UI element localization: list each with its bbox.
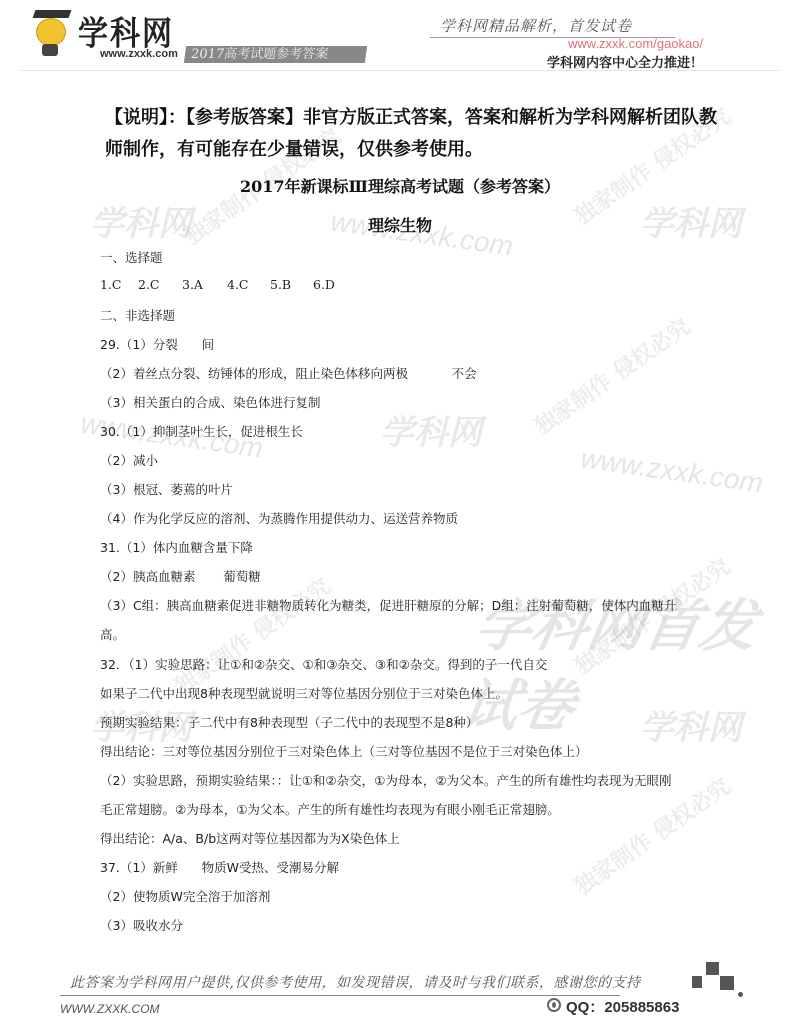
answer-line: （3）吸收水分 (100, 916, 183, 934)
answer-line: （2）实验思路，预期实验结果：：让①和②杂交，①为母本，②为父本。产生的所有雄性… (100, 771, 672, 789)
watermark-diagonal: 独家制作 侵权必究 (528, 310, 696, 441)
subject-title: 理综生物 (0, 213, 800, 236)
watermark-diagonal: 独家制作 侵权必究 (568, 550, 736, 681)
answer-line: 得出结论：A/a、B/b这两对等位基因都为为X染色体上 (100, 829, 400, 847)
footer-qq-number: QQ：205885863 (566, 996, 679, 1017)
answer-5: 5.B (270, 277, 291, 292)
site-logo[interactable]: 学科网 (78, 6, 174, 54)
answer-line: （3）根冠、萎蔫的叶片 (100, 480, 233, 498)
answer-line: 预期实验结果：子二代中有8种表现型（子二代中的表现型不是8种） (100, 713, 478, 731)
qq-icon (547, 998, 561, 1012)
header-divider (20, 70, 780, 71)
answer-3: 3.A (182, 277, 203, 292)
decorative-dot-icon (738, 992, 743, 997)
watermark-logo: 学科网 (640, 700, 742, 749)
answer-line: 37.（1）新鲜 物质W受热、受潮易分解 (100, 858, 339, 876)
watermark-diagonal: 独家制作 侵权必究 (568, 770, 736, 901)
answer-6: 6.D (313, 277, 335, 292)
watermark-logo: 学科网 (380, 405, 482, 454)
watermark-url: www.zxxk.com (579, 442, 765, 499)
answer-1: 1.C (100, 277, 122, 292)
decorative-square-icon (706, 962, 719, 975)
answer-line: （3）相关蛋白的合成、染色体进行复制 (100, 393, 320, 411)
answer-4: 4.C (227, 277, 249, 292)
decorative-square-icon (720, 976, 734, 990)
mascot-logo-icon (34, 6, 70, 54)
header-site-link[interactable]: www.zxxk.com/gaokao/ (568, 36, 703, 51)
decorative-square-icon (692, 976, 702, 988)
answer-line: 高。 (100, 625, 125, 643)
answer-line: 30.（1）抑制茎叶生长，促进根生长 (100, 422, 303, 440)
answer-line: （2）减小 (100, 451, 158, 469)
header-slogan: 学科网精品解析，首发试卷 (440, 15, 632, 36)
answer-line: （2）使物质W完全溶于加溶剂 (100, 887, 270, 905)
disclaimer-notice: 【说明】：【参考版答案】非官方版正式答案，答案和解析为学科网解析团队教师制作，有… (105, 102, 725, 166)
answer-2: 2.C (138, 277, 160, 292)
section-heading-nonchoice: 二、非选择题 (100, 306, 175, 324)
section-heading-choice: 一、选择题 (100, 248, 163, 266)
watermark-diagonal: 独家制作 侵权必究 (168, 570, 336, 701)
answer-line: （2）着丝点分裂、纺锤体的形成，阻止染色体移向两极 不会 (100, 364, 477, 382)
answer-line: （2）胰高血糖素 葡萄糖 (100, 567, 261, 585)
footer-site-link[interactable]: WWW.ZXXK.COM (60, 1002, 160, 1016)
answer-line: 如果子二代中出现8种表现型就说明三对等位基因分别位于三对染色体上。 (100, 684, 508, 702)
document-title: 2017年新课标Ⅲ理综高考试题（参考答案） (0, 174, 800, 197)
footer-divider (60, 995, 620, 996)
logo-url: www.zxxk.com (100, 48, 178, 60)
footer-disclaimer: 此答案为学科网用户提供,仅供参考使用，如发现错误，请及时与我们联系，感谢您的支持 (70, 972, 640, 992)
answer-line: 29.（1）分裂 间 (100, 335, 214, 353)
answer-line: 得出结论：三对等位基因分别位于三对染色体上（三对等位基因不是位于三对染色体上） (100, 742, 588, 760)
answer-line: 32．（1）实验思路：让①和②杂交、①和③杂交、③和②杂交。得到的子一代自交 (100, 655, 547, 673)
answer-line: 毛正常翅膀。②为母本，①为父本。产生的所有雄性均表现为有眼小刚毛正常翅膀。 (100, 800, 560, 818)
answer-line: （4）作为化学反应的溶剂、为蒸腾作用提供动力、运送营养物质 (100, 509, 458, 527)
header-subtitle: 学科网内容中心全力推进！ (547, 52, 703, 71)
answer-line: 31.（1）体内血糖含量下降 (100, 538, 253, 556)
answer-line: （3）C组：胰高血糖素促进非糖物质转化为糖类，促进肝糖原的分解；D组：注射葡萄糖… (100, 596, 676, 614)
header-banner: 2017高考试题参考答案 (184, 46, 367, 63)
